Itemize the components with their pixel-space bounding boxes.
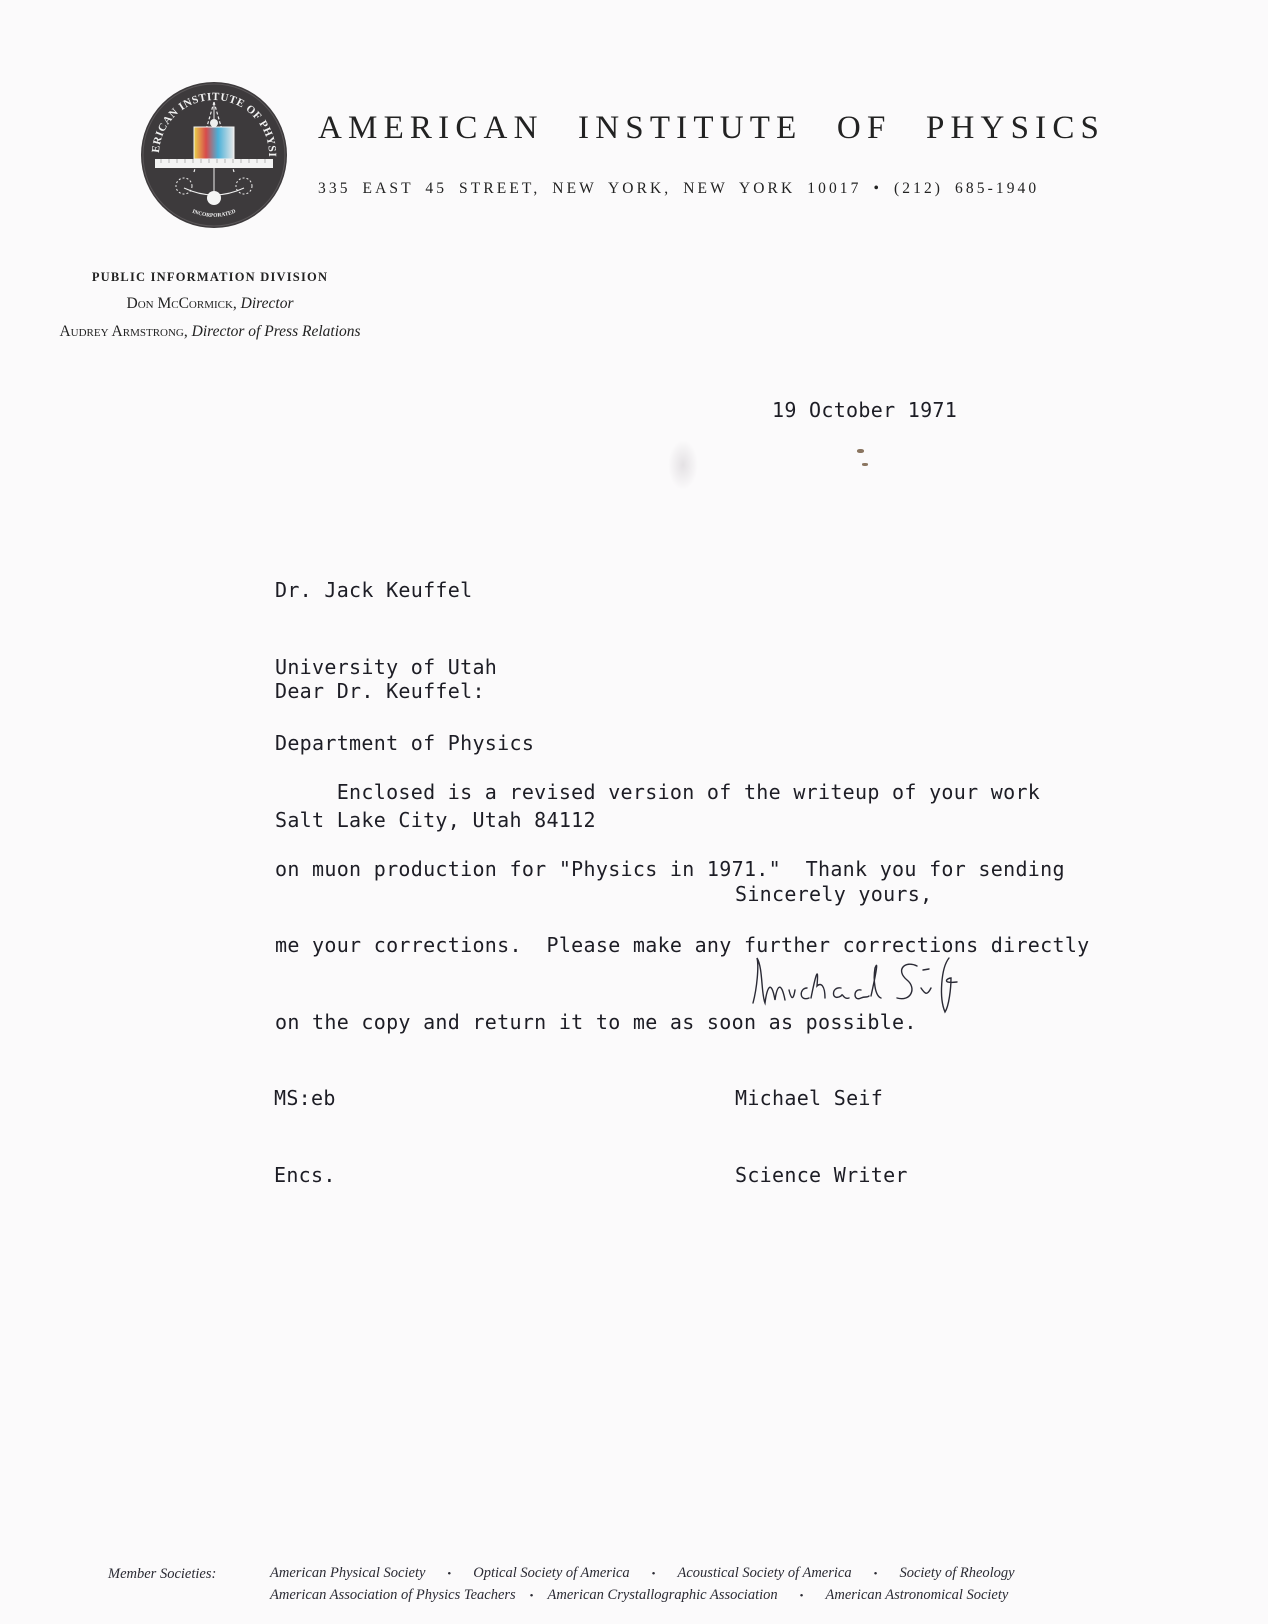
paper-stain [668,440,698,490]
body-line: on muon production for "Physics in 1971.… [275,857,1090,883]
society-name: Acoustical Society of America [678,1565,852,1581]
bullet-separator: • [652,1568,656,1580]
paper-speck [862,463,868,466]
member-societies-label: Member Societies: [108,1566,216,1583]
society-name: American Physical Society [270,1565,425,1581]
handwritten-signature [745,948,975,1018]
member-societies-row-2: American Association of Physics Teachers… [270,1587,1008,1604]
society-name: Society of Rheology [899,1565,1014,1581]
recipient-line: Dr. Jack Keuffel [275,578,596,604]
typist-initials: MS:eb [274,1086,336,1112]
press-director-title: Director of Press Relations [192,323,361,340]
organization-address: 335 EAST 45 STREET, NEW YORK, NEW YORK 1… [318,180,1039,198]
letter-date: 19 October 1971 [772,398,957,424]
enclosures-note: Encs. [274,1163,336,1189]
member-societies-row-1: American Physical Society•Optical Societ… [270,1565,1015,1582]
press-director-name: Audrey Armstrong, [59,323,187,340]
recipient-line: University of Utah [275,655,596,681]
society-name: Optical Society of America [473,1565,629,1581]
division-director: Don McCormick, Director [20,295,400,313]
division-name: PUBLIC INFORMATION DIVISION [20,270,400,285]
director-title: Director [241,295,294,312]
body-line: Enclosed is a revised version of the wri… [275,780,1090,806]
signer-name: Michael Seif [735,1086,908,1112]
society-name: American Crystallographic Association [548,1587,778,1603]
aip-seal-icon: AMERICAN INSTITUTE OF PHYSICS INCORPORAT… [139,80,289,230]
bullet-separator: • [874,1568,878,1580]
reference-initials: MS:eb Encs. [274,1035,336,1214]
bullet-separator: • [800,1590,804,1602]
bullet-separator: • [530,1590,534,1602]
bullet-separator: • [447,1568,451,1580]
organization-name: AMERICAN INSTITUTE OF PHYSICS [318,110,1105,147]
signer-title: Science Writer [735,1163,908,1189]
signer-block: Michael Seif Science Writer [735,1035,908,1214]
society-name: American Astronomical Society [826,1587,1009,1603]
society-name: American Association of Physics Teachers [270,1587,516,1603]
closing: Sincerely yours, [735,882,932,908]
salutation: Dear Dr. Keuffel: [275,679,485,705]
director-name: Don McCormick, [127,295,237,312]
paper-speck [857,449,864,453]
press-relations-director: Audrey Armstrong, Director of Press Rela… [20,323,400,341]
